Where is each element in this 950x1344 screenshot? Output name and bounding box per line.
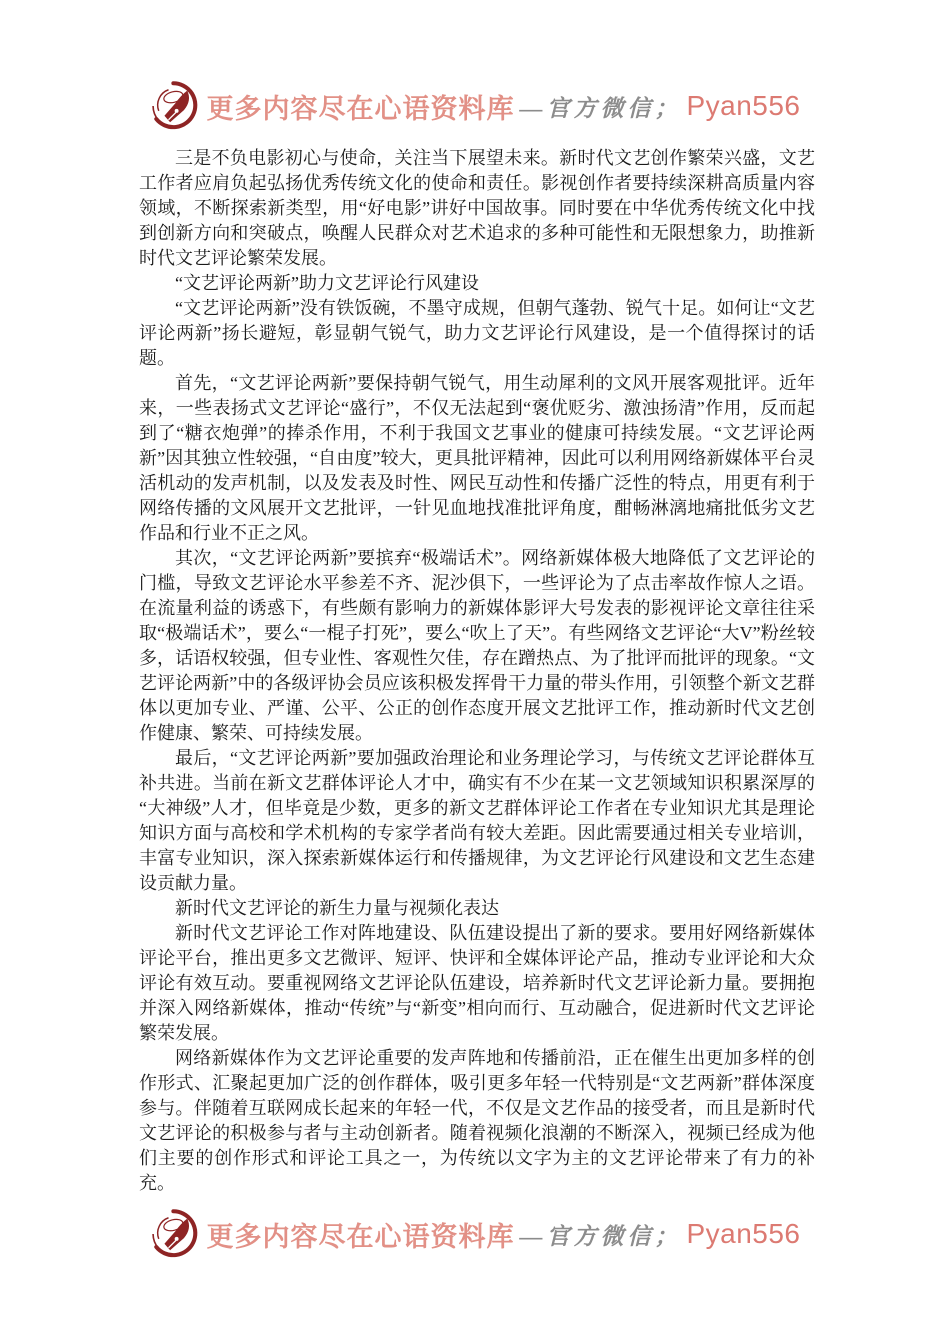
watermark-separator-label: —官方微信； xyxy=(519,1218,681,1251)
paragraph: 三是不负电影初心与使命，关注当下展望未来。新时代文艺创作繁荣兴盛，文艺工作者应肩… xyxy=(139,146,815,271)
watermark-brand-text: 更多内容尽在心语资料库 xyxy=(206,1215,514,1254)
paragraph: 网络新媒体作为文艺评论重要的发声阵地和传播前沿，正在催生出更加多样的创作形式、汇… xyxy=(139,1046,815,1196)
paragraph: 其次，“文艺评论两新”要摈弃“极端话术”。网络新媒体极大地降低了文艺评论的门槛，… xyxy=(139,546,815,746)
paragraph: 首先，“文艺评论两新”要保持朝气锐气，用生动犀利的文风开展客观批评。近年来，一些… xyxy=(139,371,815,546)
watermark-footer: 更多内容尽在心语资料库 —官方微信； Pyan556 xyxy=(0,1208,950,1260)
paragraph: “文艺评论两新”没有铁饭碗，不墨守成规，但朝气蓬勃、锐气十足。如何让“文艺评论两… xyxy=(139,296,815,371)
section-heading: “文艺评论两新”助力文艺评论行风建设 xyxy=(139,271,815,296)
section-heading: 新时代文艺评论的新生力量与视频化表达 xyxy=(139,896,815,921)
pen-swirl-logo-icon xyxy=(149,1208,201,1260)
watermark-wechat-id: Pyan556 xyxy=(686,1218,800,1250)
pen-swirl-logo-icon xyxy=(149,80,201,132)
paragraph: 新时代文艺评论工作对阵地建设、队伍建设提出了新的要求。要用好网络新媒体评论平台，… xyxy=(139,921,815,1046)
watermark-brand-text: 更多内容尽在心语资料库 xyxy=(206,87,514,126)
paragraph: 最后，“文艺评论两新”要加强政治理论和业务理论学习，与传统文艺评论群体互补共进。… xyxy=(139,746,815,896)
article-body: 三是不负电影初心与使命，关注当下展望未来。新时代文艺创作繁荣兴盛，文艺工作者应肩… xyxy=(139,146,815,1196)
watermark-header: 更多内容尽在心语资料库 —官方微信； Pyan556 xyxy=(0,80,950,132)
document-page: 更多内容尽在心语资料库 —官方微信； Pyan556 三是不负电影初心与使命，关… xyxy=(0,0,950,1344)
watermark-separator-label: —官方微信； xyxy=(519,90,681,123)
watermark-wechat-id: Pyan556 xyxy=(686,90,800,122)
